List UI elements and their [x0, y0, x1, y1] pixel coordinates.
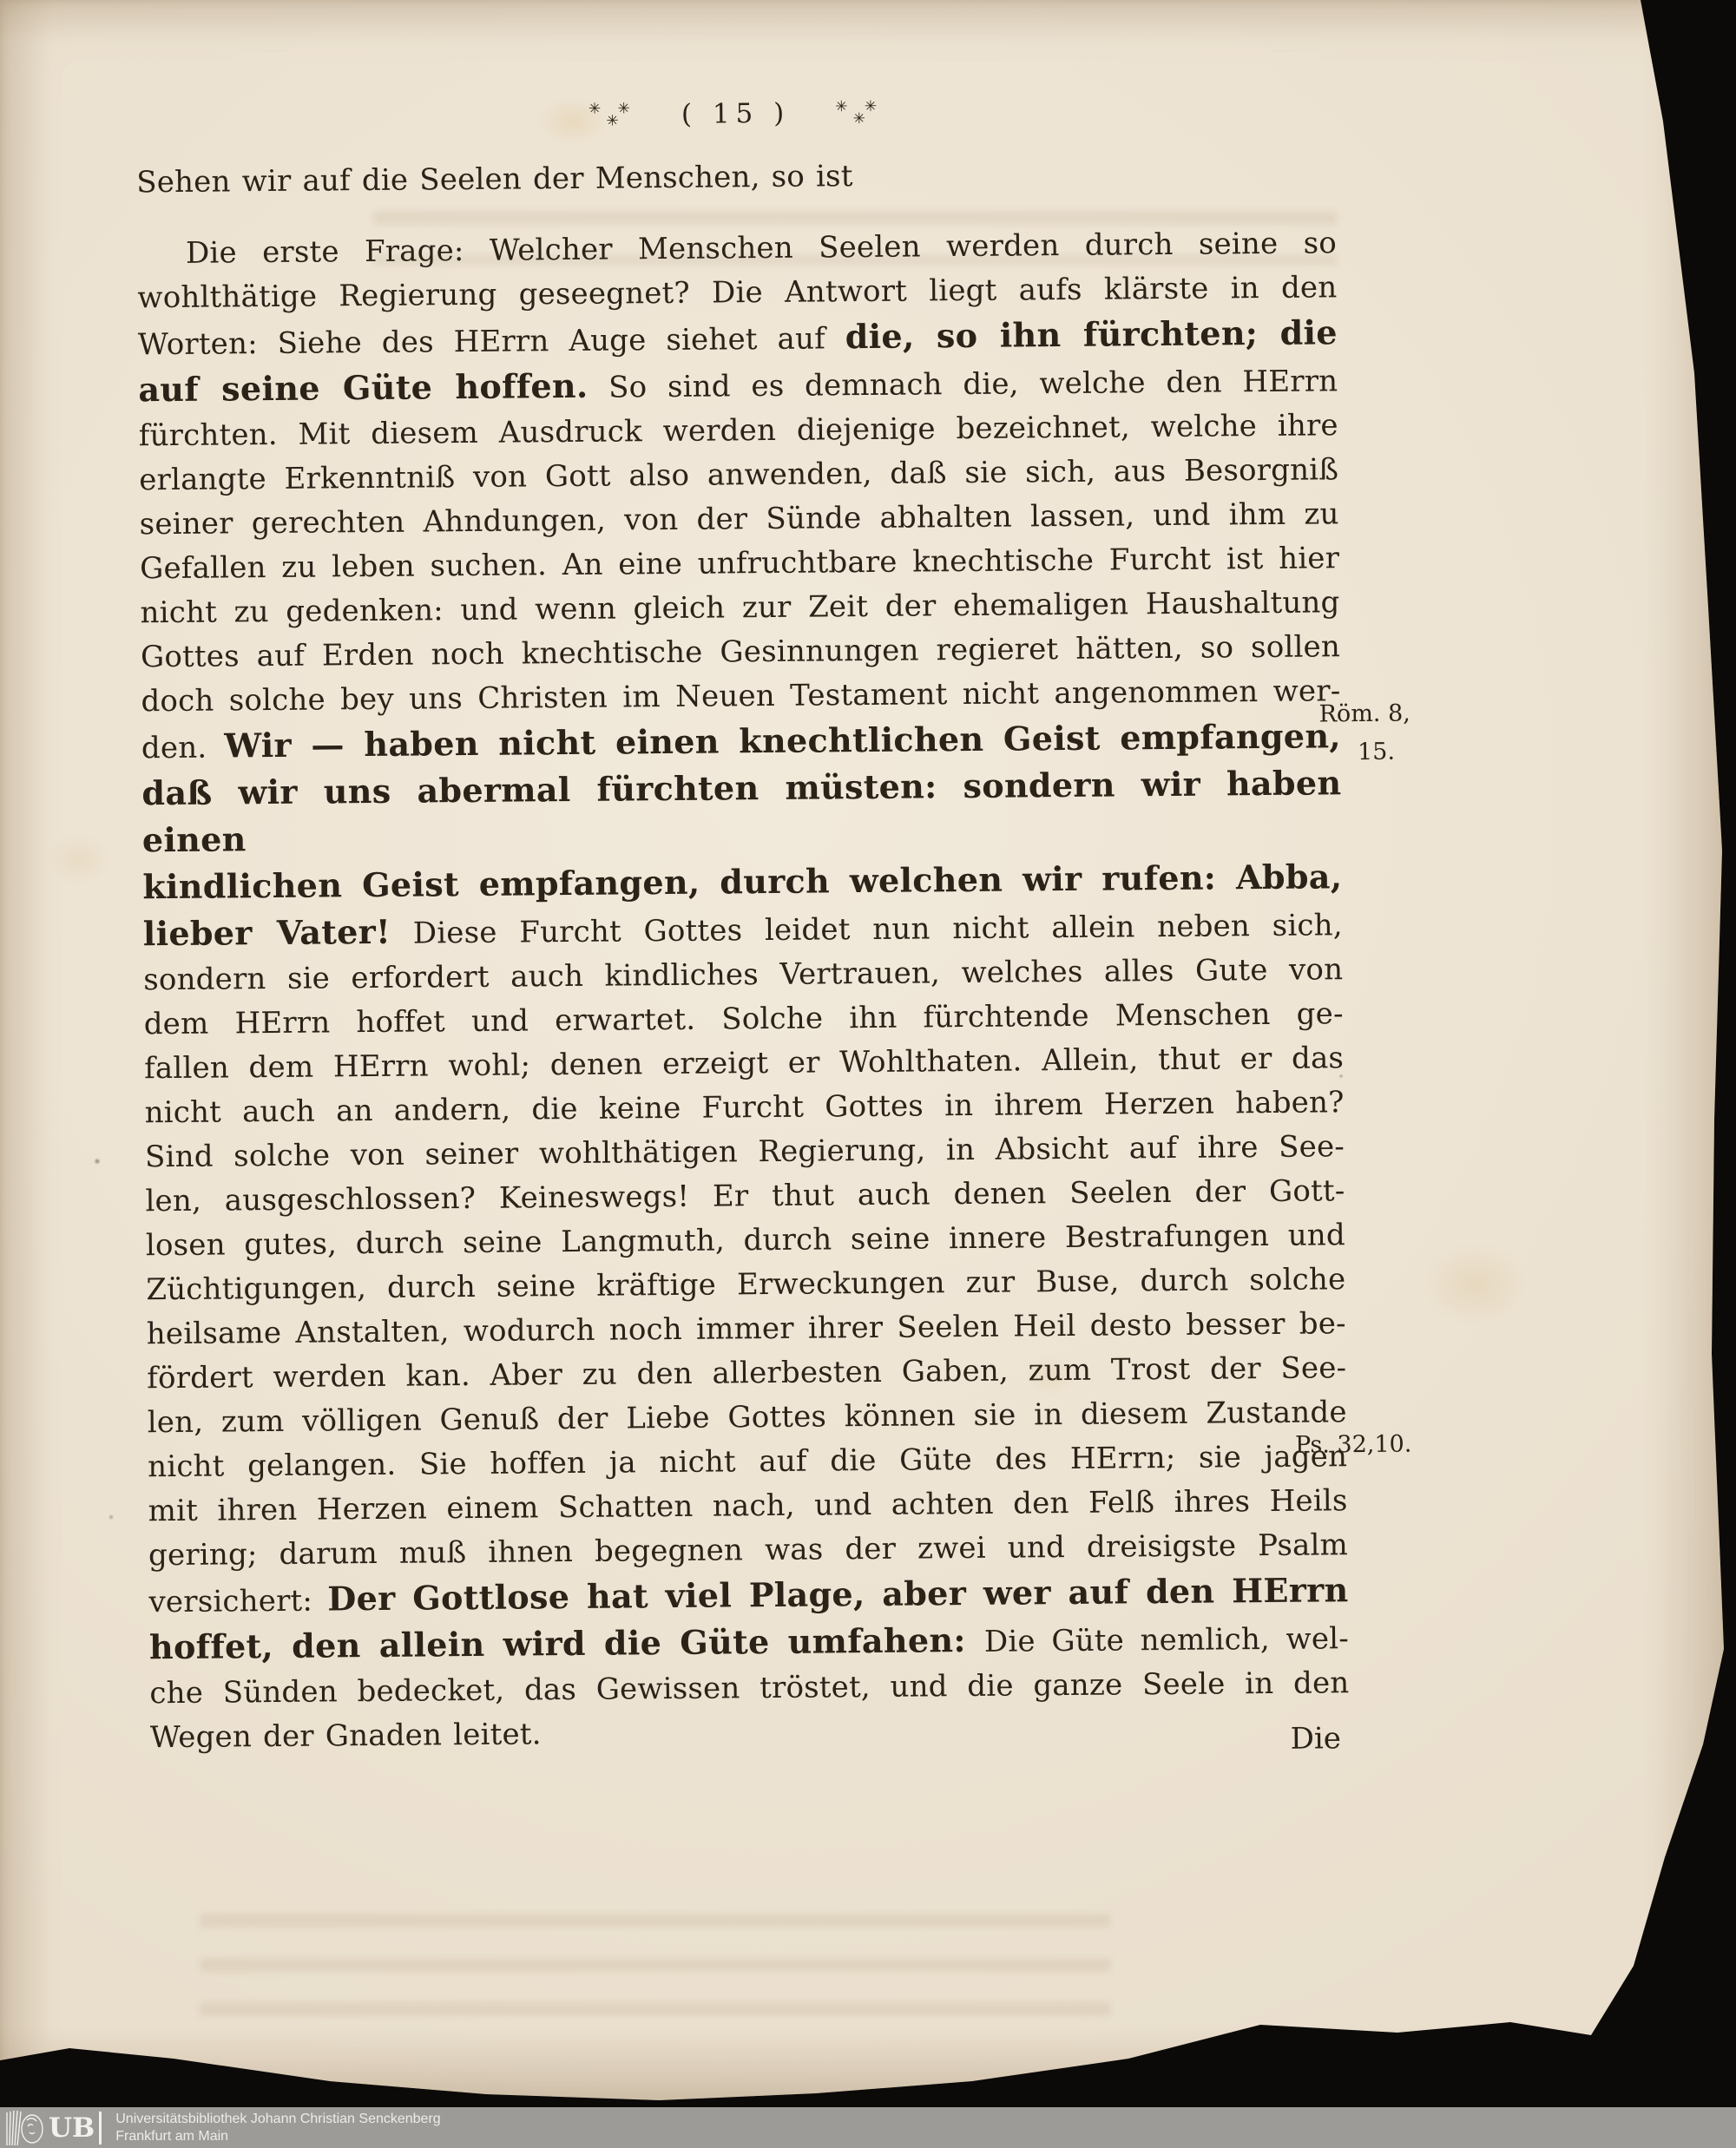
margin-note-romans: Röm. 8, 15.	[1318, 694, 1450, 772]
logo-ub-text: UB	[49, 2112, 95, 2144]
library-footer-bar: UB Universitätsbibliothek Johann Christi…	[0, 2107, 1736, 2148]
page-number: ( 15 )	[681, 98, 791, 130]
margin-note-line: 15.	[1319, 732, 1450, 772]
library-city: Frankfurt am Main	[115, 2128, 440, 2145]
margin-note-line: Ps. 32,10.	[1295, 1431, 1412, 1459]
logo-divider	[99, 2112, 102, 2145]
ornament-left: ✳ ✳ ✳	[589, 102, 636, 127]
library-logo-emblem	[5, 2109, 47, 2147]
ornament-star-bottom: ✳	[853, 113, 865, 125]
text-line: Sehen wir auf die Seelen der Menschen, s…	[136, 150, 1336, 205]
ornament-star-bottom: ✳	[606, 115, 618, 127]
margin-note-psalm: Ps. 32,10.	[1295, 1425, 1460, 1465]
library-name: Universitätsbibliothek Johann Christian …	[115, 2111, 440, 2128]
printed-page-content: ✳ ✳ ✳ ( 15 ) ✳ ✳ ✳ Sehen wir auf die See…	[0, 0, 1736, 2117]
body-text: Sehen wir auf die Seelen der Menschen, s…	[136, 150, 1350, 1760]
library-logo: UB	[5, 2109, 102, 2147]
ornament-right: ✳ ✳ ✳	[835, 101, 883, 125]
library-name-block: Universitätsbibliothek Johann Christian …	[115, 2111, 440, 2145]
text-line: daß wir uns abermal fürchten müsten: son…	[141, 760, 1342, 864]
page-header: ✳ ✳ ✳ ( 15 ) ✳ ✳ ✳	[135, 93, 1335, 135]
margin-note-line: Röm. 8,	[1319, 700, 1410, 728]
